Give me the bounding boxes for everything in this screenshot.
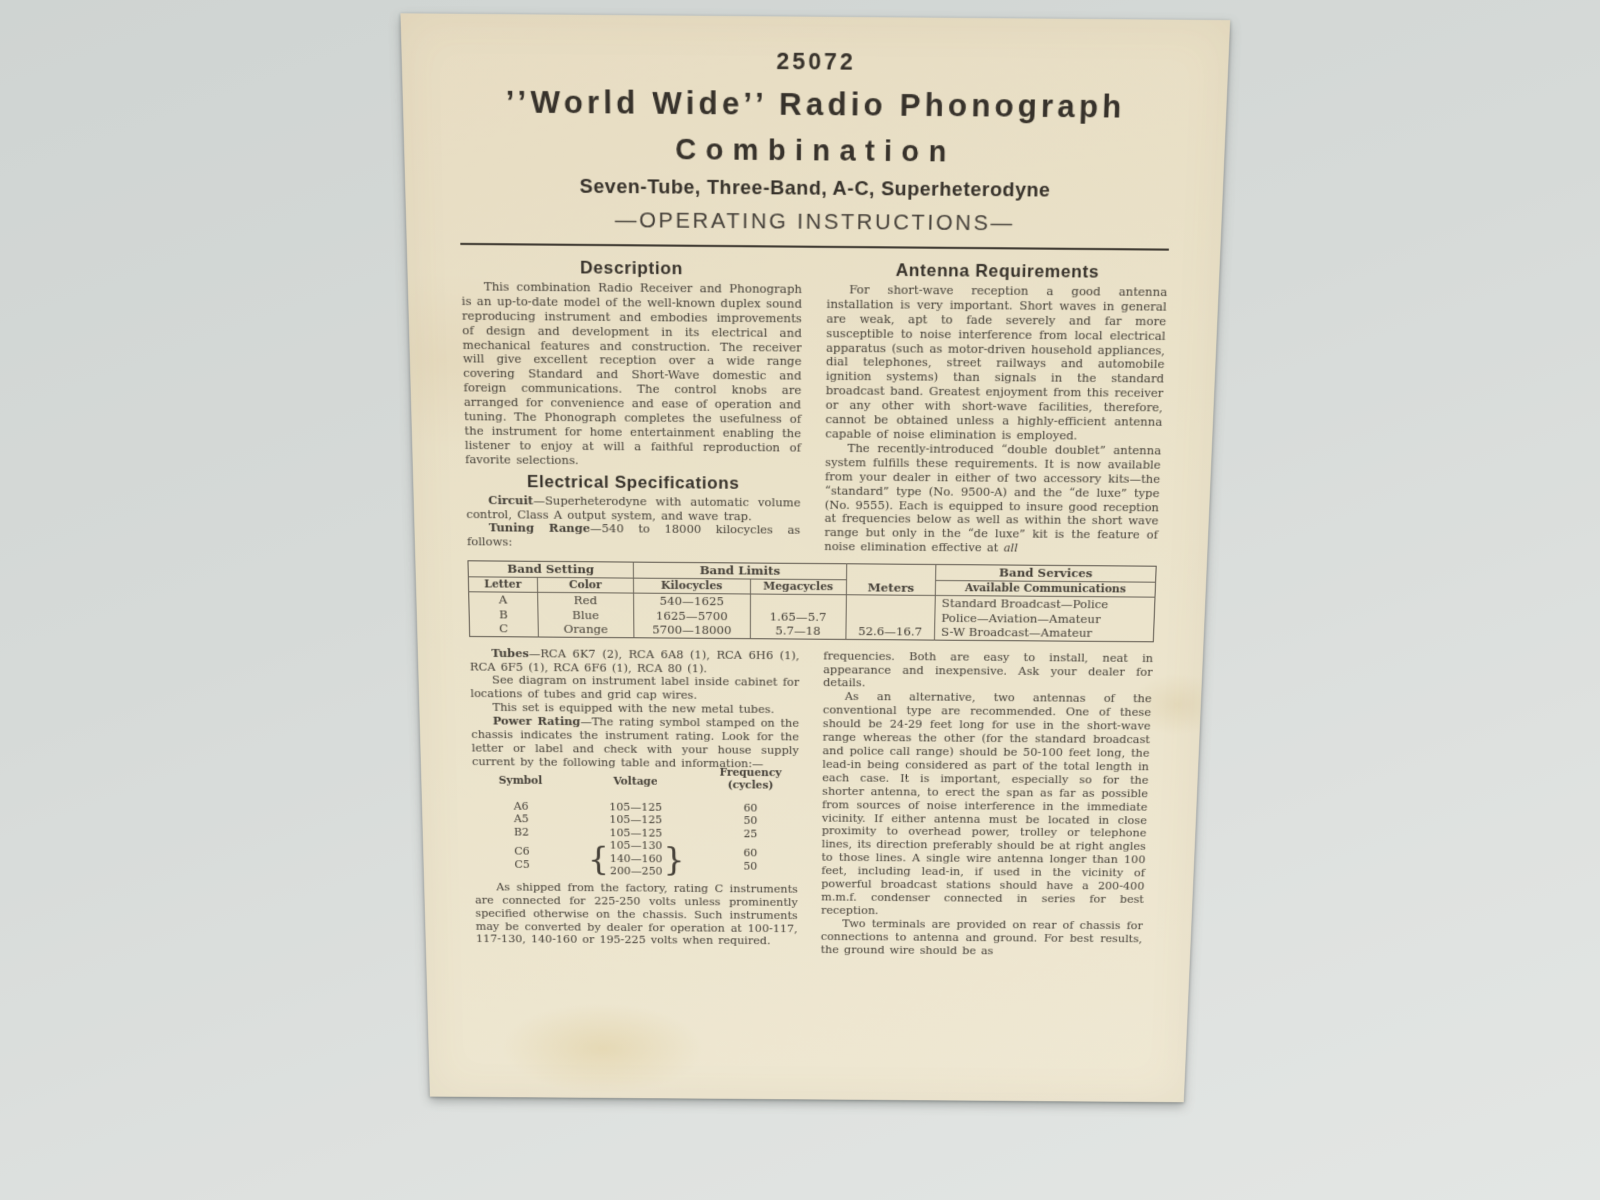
page-title-line2: Combination (458, 131, 1173, 171)
band-a-kilocycles: 540—1625 (633, 593, 750, 609)
tubes-power-section: Tubes—RCA 6K7 (2), RCA 6A8 (1), RCA 6H6 … (469, 646, 799, 956)
band-limits-group-header: Band Limits (633, 562, 846, 579)
antenna-continued-section: frequencies. Both are easy to install, n… (821, 649, 1154, 958)
band-a-letter: A (469, 592, 538, 607)
power-symbol-c5: C5 (480, 858, 564, 871)
frequency-header: Frequency(cycles) (708, 766, 793, 793)
power-rating-table: Symbol Voltage Frequency(cycles) A6 105—… (478, 774, 793, 880)
voltage-header: Voltage (563, 774, 709, 801)
power-row-b2-symbol: B2 (479, 825, 563, 839)
sheet-header: 25072 ’’World Wide’’ Radio Phonograph Co… (456, 45, 1177, 238)
braced-voltage-1: 105—130 (610, 839, 663, 852)
antenna-paragraph-2-italic: all (1003, 541, 1018, 555)
power-row-a5-symbol: A5 (479, 813, 563, 827)
braced-voltage-3: 200—250 (610, 865, 663, 878)
symbol-header: Symbol (478, 774, 563, 801)
band-c-meters: 52.6—16.7 (846, 624, 935, 640)
tuning-range-label: Tuning Range (489, 521, 591, 536)
band-c-kilocycles: 5700—18000 (634, 623, 750, 639)
power-row-a6-voltage: 105—125 (563, 800, 708, 814)
description-paragraph: This combination Radio Receiver and Phon… (461, 280, 802, 470)
band-c-megacycles: 5.7—18 (750, 623, 846, 639)
band-b-megacycles: 1.65—5.7 (750, 609, 846, 624)
power-row-a5-voltage: 105—125 (563, 813, 708, 827)
band-b-letter: B (469, 607, 538, 622)
left-brace: { (588, 842, 609, 874)
power-rating-paragraph: Power Rating—The rating symbol stamped o… (471, 715, 799, 772)
power-row-a5-frequency: 50 (708, 814, 792, 828)
band-c-letter: C (469, 621, 538, 636)
electrical-specifications-heading: Electrical Specifications (466, 474, 801, 491)
megacycles-column-header: Megacycles (750, 579, 846, 595)
tubes-label: Tubes (491, 646, 529, 660)
antenna-paragraph-2: The recently-introduced “double doublet”… (824, 441, 1161, 556)
communications-column-header: Available Communications (935, 580, 1155, 597)
antenna-requirements-section: Antenna Requirements For short-wave rece… (824, 259, 1168, 557)
band-b-meters (846, 610, 935, 625)
title-rule (460, 243, 1169, 251)
antenna-continued-paragraph-1: frequencies. Both are easy to install, n… (823, 649, 1153, 693)
band-a-communications: Standard Broadcast—Police (935, 596, 1155, 613)
band-table: Band Setting Band Limits Meters Band Ser… (467, 560, 1156, 642)
power-row-b2-frequency: 25 (708, 827, 792, 841)
power-row-a6-symbol: A6 (479, 800, 564, 814)
model-number: 25072 (456, 45, 1177, 79)
tuning-range-paragraph: Tuning Range—540 to 18000 kilocycles as … (467, 521, 801, 552)
power-row-a6-frequency: 60 (708, 801, 792, 815)
band-a-color: Red (537, 592, 633, 608)
circuit-paragraph: Circuit—Superheterodyne with automatic v… (466, 493, 801, 524)
lower-columns: Tubes—RCA 6K7 (2), RCA 6A8 (1), RCA 6H6 … (469, 646, 1153, 958)
band-c-communications: S-W Broadcast—Amateur (935, 625, 1154, 642)
band-a-megacycles (750, 594, 846, 610)
operating-instructions-banner: —OPERATING INSTRUCTIONS— (459, 207, 1170, 238)
band-services-group-header: Band Services (936, 565, 1157, 582)
photo-background: 25072 ’’World Wide’’ Radio Phonograph Co… (0, 0, 1600, 1200)
right-brace: } (663, 843, 684, 875)
braced-frequency-60: 60 (708, 847, 792, 860)
power-rating-label: Power Rating (493, 714, 581, 728)
power-symbol-c6: C6 (480, 845, 564, 858)
antenna-paragraph-1: For short-wave reception a good antenna … (825, 283, 1167, 444)
instruction-sheet: 25072 ’’World Wide’’ Radio Phonograph Co… (400, 13, 1230, 1102)
band-c-color: Orange (538, 622, 634, 638)
page-title-line1: ’’World Wide’’ Radio Phonograph (457, 84, 1175, 127)
shipping-note-paragraph: As shipped from the factory, rating C in… (475, 881, 798, 949)
band-b-color: Blue (538, 607, 634, 622)
description-heading: Description (461, 260, 803, 277)
letter-column-header: Letter (468, 576, 537, 592)
page-subtitle: Seven-Tube, Three-Band, A-C, Superhetero… (459, 175, 1172, 204)
band-a-meters (846, 595, 935, 611)
braced-voltage-2: 140—160 (610, 852, 663, 865)
color-column-header: Color (537, 577, 633, 593)
braced-frequency-50: 50 (708, 859, 792, 872)
antenna-continued-paragraph-3: Two terminals are provided on rear of ch… (821, 917, 1143, 959)
antenna-requirements-heading: Antenna Requirements (827, 263, 1168, 280)
antenna-continued-paragraph-2: As an alternative, two antennas of the c… (821, 690, 1152, 919)
circuit-label: Circuit (488, 492, 533, 507)
power-row-b2-voltage: 105—125 (563, 826, 708, 840)
antenna-paragraph-2-text: The recently-introduced “double doublet”… (824, 441, 1161, 555)
power-braced-symbols: C6 C5 (480, 838, 565, 877)
power-braced-voltages: { 105—130 140—160 200—250 } (564, 839, 709, 879)
upper-columns: Description This combination Radio Recei… (461, 256, 1169, 557)
meters-column-header: Meters (846, 564, 936, 596)
band-setting-group-header: Band Setting (468, 561, 633, 578)
tubes-paragraph: Tubes—RCA 6K7 (2), RCA 6A8 (1), RCA 6H6 … (469, 646, 799, 676)
see-diagram-paragraph: See diagram on instrument label inside c… (470, 674, 799, 704)
kilocycles-column-header: Kilocycles (633, 578, 750, 594)
power-braced-frequencies: 60 50 (708, 840, 792, 879)
band-b-kilocycles: 1625—5700 (634, 608, 751, 623)
description-section: Description This combination Radio Recei… (461, 256, 803, 554)
